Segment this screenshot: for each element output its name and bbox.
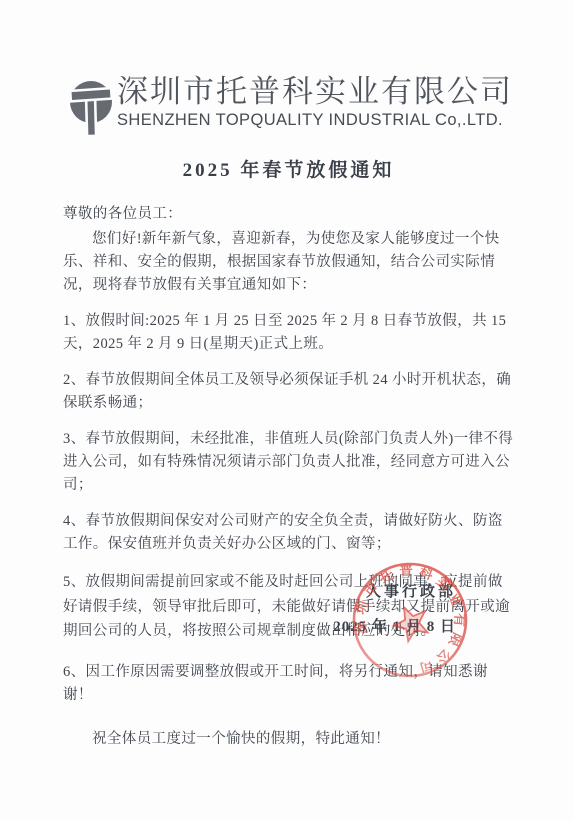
notice-item-2: 2、春节放假期间全体员工及领导必须保证手机 24 小时开机状态，确保联系畅通； bbox=[63, 369, 514, 415]
notice-item-3: 3、春节放假期间，未经批准，非值班人员(除部门负责人外)一律不得进入公司，如有特… bbox=[63, 428, 514, 497]
holiday-notice-document: 深圳市托普科实业有限公司 SHENZHEN TOPQUALITY INDUSTR… bbox=[0, 0, 574, 821]
company-name-chinese: 深圳市托普科实业有限公司 bbox=[117, 74, 514, 110]
topquality-logo-icon bbox=[69, 78, 117, 140]
notice-item-1: 1、放假时间:2025 年 1 月 25 日至 2025 年 2 月 8 日春节… bbox=[63, 310, 514, 356]
salutation: 尊敬的各位员工： bbox=[63, 203, 514, 226]
company-names: 深圳市托普科实业有限公司 SHENZHEN TOPQUALITY INDUSTR… bbox=[117, 74, 514, 130]
notice-item-4: 4、春节放假期间保安对公司财产的安全负全责，请做好防火、防盗工作。保安值班并负责… bbox=[63, 510, 514, 556]
company-name-english: SHENZHEN TOPQUALITY INDUSTRIAL Co,.LTD. bbox=[117, 111, 514, 130]
notice-item-6: 6、因工作原因需要调整放假或开工时间，将另行通知，请知悉谢谢！ bbox=[63, 661, 514, 707]
closing-line: 祝全体员工度过一个愉快的假期，特此通知！ bbox=[63, 728, 514, 751]
signature-block: 人事行政部 2025 年 1 月 8 日 bbox=[333, 580, 456, 636]
notice-title: 2025 年春节放假通知 bbox=[63, 155, 514, 182]
company-header: 深圳市托普科实业有限公司 SHENZHEN TOPQUALITY INDUSTR… bbox=[69, 74, 514, 140]
signature-date: 2025 年 1 月 8 日 bbox=[333, 615, 456, 636]
signature-department: 人事行政部 bbox=[333, 580, 456, 601]
intro-paragraph: 您们好!新年新气象，喜迎新春，为使您及家人能够度过一个快乐、祥和、安全的假期，根… bbox=[63, 228, 514, 297]
